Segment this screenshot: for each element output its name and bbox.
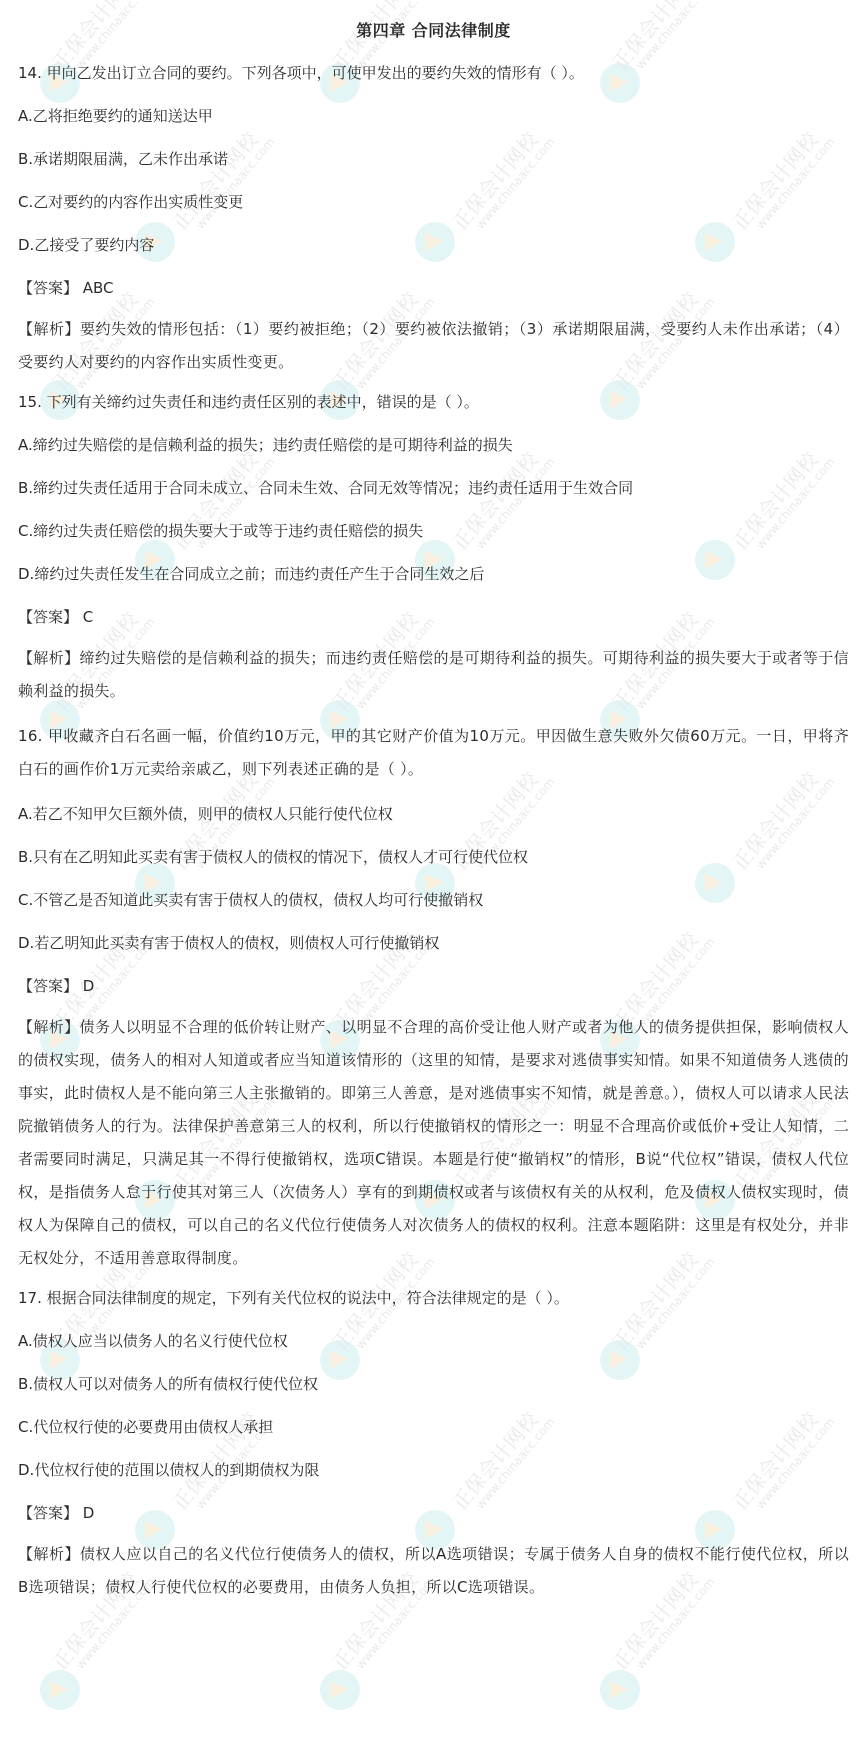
option-d: D.乙接受了要约内容	[18, 234, 849, 256]
question-stem: 14. 甲向乙发出订立合同的要约。下列各项中，可使甲发出的要约失效的情形有（ ）…	[18, 62, 849, 84]
option-b: B.承诺期限届满，乙未作出承诺	[18, 148, 849, 170]
answer: 【答案】 ABC	[18, 277, 849, 299]
analysis: 【解析】缔约过失赔偿的是信赖利益的损失；而违约责任赔偿的是可期待利益的损失。可期…	[18, 642, 849, 708]
answer: 【答案】 C	[18, 606, 849, 628]
analysis: 【解析】债权人应以自己的名义代位行使债务人的债权，所以A选项错误；专属于债务人自…	[18, 1538, 849, 1604]
question-15: 15. 下列有关缔约过失责任和违约责任区别的表述中，错误的是（ ）。 A.缔约过…	[18, 391, 849, 708]
question-stem: 17. 根据合同法律制度的规定，下列有关代位权的说法中，符合法律规定的是（ ）。	[18, 1287, 849, 1309]
question-14: 14. 甲向乙发出订立合同的要约。下列各项中，可使甲发出的要约失效的情形有（ ）…	[18, 62, 849, 379]
watermark-logo-icon	[600, 1670, 640, 1710]
question-17: 17. 根据合同法律制度的规定，下列有关代位权的说法中，符合法律规定的是（ ）。…	[18, 1287, 849, 1604]
option-d: D.若乙明知此买卖有害于债权人的债权，则债权人可行使撤销权	[18, 932, 849, 954]
option-a: A.债权人应当以债务人的名义行使代位权	[18, 1330, 849, 1352]
option-b: B.债权人可以对债务人的所有债权行使代位权	[18, 1373, 849, 1395]
question-16: 16. 甲收藏齐白石名画一幅，价值约10万元，甲的其它财产价值为10万元。甲因做…	[18, 720, 849, 1275]
option-d: D.代位权行使的范围以债权人的到期债权为限	[18, 1459, 849, 1481]
answer: 【答案】 D	[18, 1502, 849, 1524]
watermark-logo-icon	[320, 1670, 360, 1710]
answer: 【答案】 D	[18, 975, 849, 997]
option-b: B.缔约过失责任适用于合同未成立、合同未生效、合同无效等情况；违约责任适用于生效…	[18, 477, 849, 499]
option-c: C.乙对要约的内容作出实质性变更	[18, 191, 849, 213]
document-body: 第四章 合同法律制度 14. 甲向乙发出订立合同的要约。下列各项中，可使甲发出的…	[0, 0, 863, 1604]
option-a: A.乙将拒绝要约的通知送达甲	[18, 105, 849, 127]
option-c: C.代位权行使的必要费用由债权人承担	[18, 1416, 849, 1438]
watermark-logo-icon	[40, 1670, 80, 1710]
question-stem: 15. 下列有关缔约过失责任和违约责任区别的表述中，错误的是（ ）。	[18, 391, 849, 413]
question-stem: 16. 甲收藏齐白石名画一幅，价值约10万元，甲的其它财产价值为10万元。甲因做…	[18, 720, 849, 786]
option-d: D.缔约过失责任发生在合同成立之前；而违约责任产生于合同生效之后	[18, 563, 849, 585]
chapter-title: 第四章 合同法律制度	[18, 0, 849, 46]
option-b: B.只有在乙明知此买卖有害于债权人的债权的情况下，债权人才可行使代位权	[18, 846, 849, 868]
option-a: A.缔约过失赔偿的是信赖利益的损失；违约责任赔偿的是可期待利益的损失	[18, 434, 849, 456]
option-a: A.若乙不知甲欠巨额外债，则甲的债权人只能行使代位权	[18, 803, 849, 825]
analysis: 【解析】要约失效的情形包括：（1）要约被拒绝；（2）要约被依法撤销；（3）承诺期…	[18, 313, 849, 379]
analysis: 【解析】债务人以明显不合理的低价转让财产、以明显不合理的高价受让他人财产或者为他…	[18, 1011, 849, 1275]
option-c: C.不管乙是否知道此买卖有害于债权人的债权，债权人均可行使撤销权	[18, 889, 849, 911]
option-c: C.缔约过失责任赔偿的损失要大于或等于违约责任赔偿的损失	[18, 520, 849, 542]
